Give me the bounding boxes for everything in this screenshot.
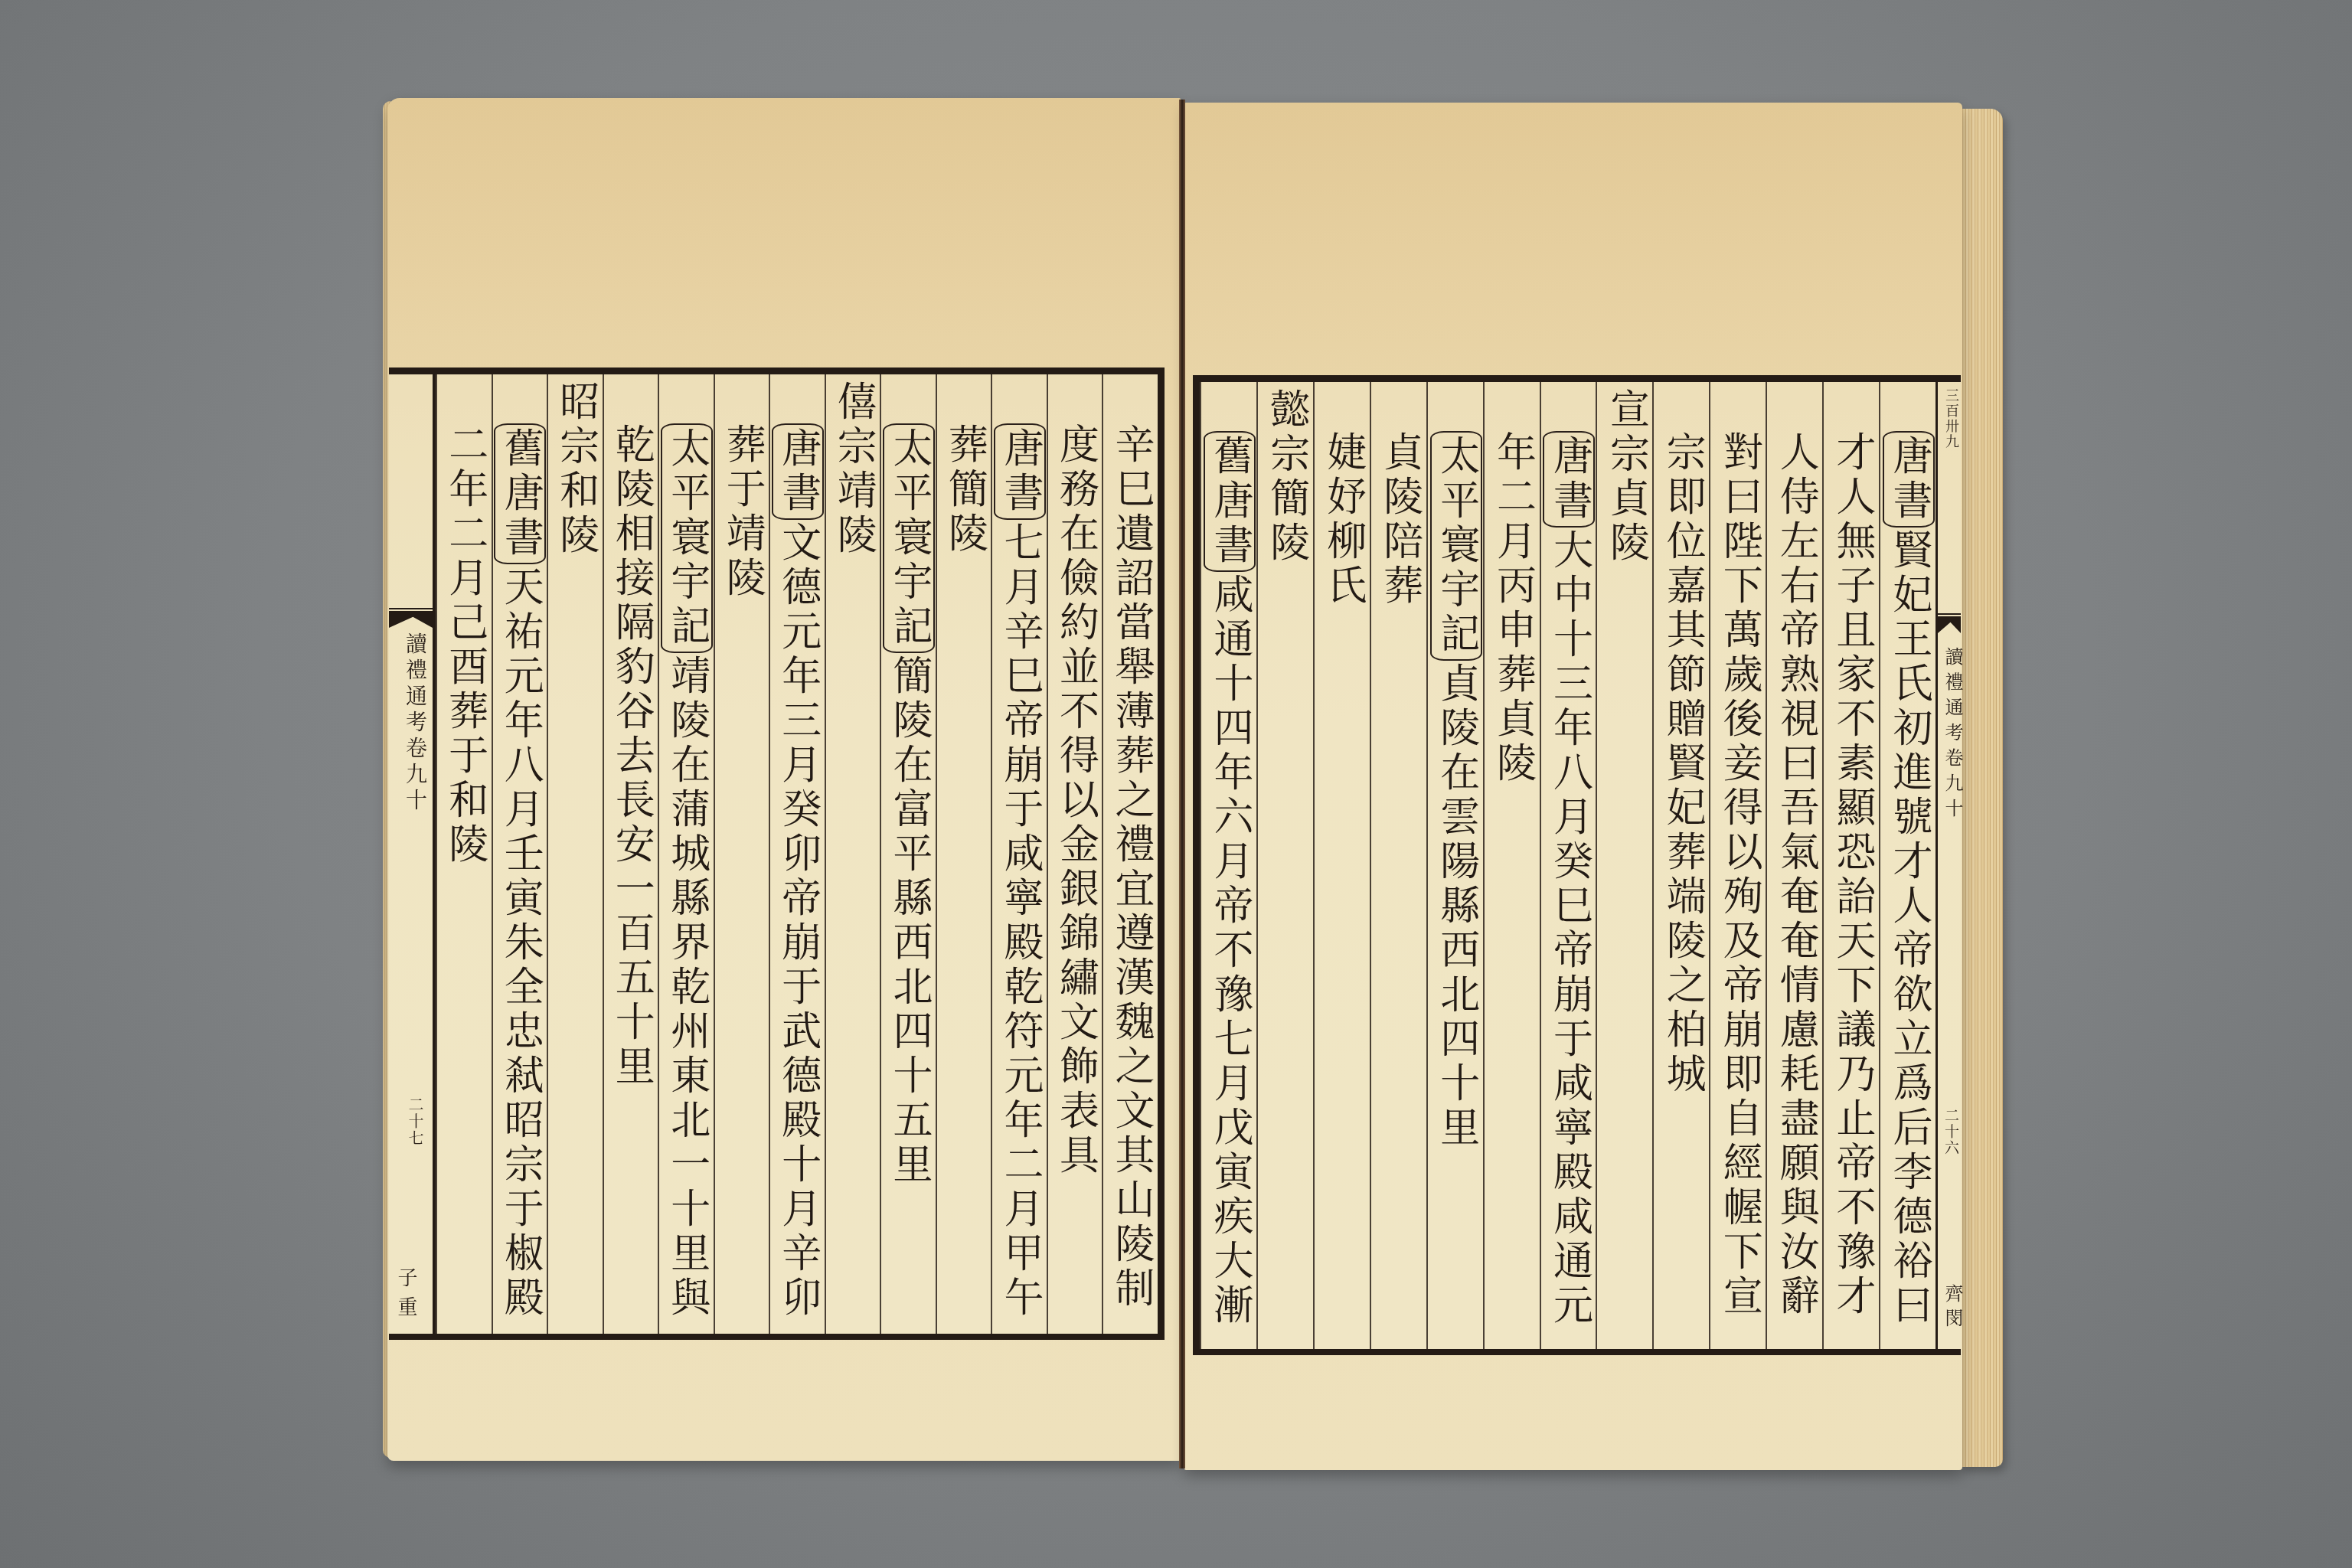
text-column: 度務在儉約並不得以金銀錦繡文飾表具 <box>1047 374 1102 1334</box>
heading-column: 僖宗靖陵 <box>825 374 880 1334</box>
banxin-page-number: 二十六 <box>1941 1108 1962 1156</box>
banxin-top-note: 三百卅九 <box>1941 388 1961 449</box>
column-text: 懿宗簡陵 <box>1263 388 1309 566</box>
text-column: 太平寰宇記簡陵在富平縣西北四十五里 <box>880 374 936 1334</box>
text-column: 才人無子且家不素顯恐詒天下議乃止帝不豫才 <box>1822 382 1879 1349</box>
text-column: 乾陵相接隔豹谷去長安一百五十里 <box>603 374 658 1334</box>
fish-tail-icon <box>389 611 433 628</box>
column-text: 乾陵相接隔豹谷去長安一百五十里 <box>608 423 654 1089</box>
column-text: 僖宗靖陵 <box>830 381 876 558</box>
source-citation: 唐書 <box>772 423 824 520</box>
column-text: 昭宗和陵 <box>553 381 599 558</box>
source-citation: 唐書 <box>1883 431 1935 528</box>
column-text: 靖陵在蒲城縣界乾州東北一十里與 <box>664 655 710 1321</box>
right-text-frame: 唐書賢妃王氏初進號才人帝欲立爲后李德裕曰 才人無子且家不素顯恐詒天下議乃止帝不豫… <box>1193 375 1961 1355</box>
column-text: 天祐元年八月壬寅朱全忠弒昭宗于椒殿 <box>497 566 543 1321</box>
margin-rule <box>389 608 433 609</box>
heading-column: 昭宗和陵 <box>547 374 603 1334</box>
right-page-stack <box>1960 109 2003 1467</box>
column-text: 才人無子且家不素顯恐詒天下議乃止帝不豫才 <box>1829 431 1875 1319</box>
source-citation: 舊唐書 <box>494 423 546 564</box>
text-column: 貞陵陪葬 <box>1370 382 1426 1349</box>
left-text-frame: 讀禮通考卷九十 二十七 子重 辛巳遺詔當舉薄葬之禮宜遵漢魏之文其山陵制 度務在儉… <box>389 367 1165 1340</box>
column-text: 賢妃王氏初進號才人帝欲立爲后李德裕曰 <box>1886 529 1932 1328</box>
text-column: 唐書七月辛巳帝崩于咸寧殿乾符元年二月甲午 <box>991 374 1047 1334</box>
column-text: 宣宗貞陵 <box>1602 388 1648 566</box>
banxin-title: 讀禮通考卷九十 <box>1939 647 1966 824</box>
heading-column: 懿宗簡陵 <box>1256 382 1313 1349</box>
column-text: 年二月丙申葬貞陵 <box>1490 431 1536 786</box>
column-text: 簡陵在富平縣西北四十五里 <box>886 655 932 1187</box>
column-text: 二年二月己酉葬于和陵 <box>442 423 488 867</box>
text-column: 葬簡陵 <box>936 374 991 1334</box>
column-text: 咸通十四年六月帝不豫七月戊寅疾大漸 <box>1207 573 1253 1328</box>
column-text: 文德元年三月癸卯帝崩于武德殿十月辛卯 <box>775 521 821 1321</box>
column-text: 大中十三年八月癸巳帝崩于咸寧殿咸通元 <box>1546 529 1592 1328</box>
column-text: 葬簡陵 <box>941 423 987 557</box>
text-column: 唐書賢妃王氏初進號才人帝欲立爲后李德裕曰 <box>1879 382 1935 1349</box>
text-column: 舊唐書咸通十四年六月帝不豫七月戊寅疾大漸 <box>1200 382 1256 1349</box>
text-column: 人侍左右帝熟視曰吾氣奄奄情慮耗盡願與汝辭 <box>1766 382 1822 1349</box>
text-column: 對曰陛下萬歲後妾得以殉及帝崩即自經幄下宣 <box>1709 382 1766 1349</box>
source-citation: 舊唐書 <box>1204 431 1256 572</box>
banxin-title: 讀禮通考卷九十 <box>400 632 430 815</box>
column-text: 人侍左右帝熟視曰吾氣奄奄情慮耗盡願與汝辭 <box>1772 431 1818 1319</box>
text-column: 舊唐書天祐元年八月壬寅朱全忠弒昭宗于椒殿 <box>492 374 547 1334</box>
page-margin-column: 三百卅九 讀禮通考卷九十 二十六 齊閔 <box>1935 382 1961 1349</box>
banxin-bottom-note: 齊閔 <box>1939 1284 1966 1333</box>
banxin-bottom-note: 子重 <box>392 1267 420 1325</box>
right-text-columns: 唐書賢妃王氏初進號才人帝欲立爲后李德裕曰 才人無子且家不素顯恐詒天下議乃止帝不豫… <box>1200 382 1935 1349</box>
text-column: 太平寰宇記靖陵在蒲城縣界乾州東北一十里與 <box>658 374 714 1334</box>
text-column: 唐書大中十三年八月癸巳帝崩于咸寧殿咸通元 <box>1540 382 1596 1349</box>
text-column: 婕妤柳氏 <box>1313 382 1370 1349</box>
source-citation: 唐書 <box>1543 431 1595 528</box>
text-column: 年二月丙申葬貞陵 <box>1483 382 1540 1349</box>
column-text: 對曰陛下萬歲後妾得以殉及帝崩即自經幄下宣 <box>1716 431 1762 1319</box>
left-text-columns: 辛巳遺詔當舉薄葬之禮宜遵漢魏之文其山陵制 度務在儉約並不得以金銀錦繡文飾表具 唐… <box>436 374 1158 1334</box>
source-citation: 太平寰宇記 <box>1430 431 1482 661</box>
column-text: 貞陵陪葬 <box>1377 431 1423 609</box>
book-spine-gutter <box>1179 100 1185 1468</box>
banxin-page-number: 二十七 <box>404 1096 426 1147</box>
column-text: 度務在儉約並不得以金銀錦繡文飾表具 <box>1052 423 1098 1178</box>
column-text: 七月辛巳帝崩于咸寧殿乾符元年二月甲午 <box>997 521 1043 1321</box>
text-column: 宗即位嘉其節贈賢妃葬端陵之柏城 <box>1652 382 1709 1349</box>
text-column: 太平寰宇記貞陵在雲陽縣西北四十里 <box>1426 382 1483 1349</box>
heading-column: 宣宗貞陵 <box>1596 382 1652 1349</box>
text-column: 葬于靖陵 <box>714 374 769 1334</box>
column-text: 婕妤柳氏 <box>1320 431 1366 609</box>
text-column: 辛巳遺詔當舉薄葬之禮宜遵漢魏之文其山陵制 <box>1102 374 1158 1334</box>
source-citation: 太平寰宇記 <box>883 423 935 653</box>
column-text: 貞陵在雲陽縣西北四十里 <box>1433 662 1479 1151</box>
source-citation: 唐書 <box>994 423 1046 520</box>
page-margin-column: 讀禮通考卷九十 二十七 子重 <box>389 374 436 1334</box>
book-photo: 讀禮通考卷九十 二十七 子重 辛巳遺詔當舉薄葬之禮宜遵漢魏之文其山陵制 度務在儉… <box>0 0 2352 1568</box>
source-citation: 太平寰宇記 <box>661 423 713 653</box>
column-text: 宗即位嘉其節贈賢妃葬端陵之柏城 <box>1659 431 1705 1097</box>
text-column: 二年二月己酉葬于和陵 <box>436 374 492 1334</box>
fish-tail-icon <box>1938 616 1961 633</box>
column-text: 葬于靖陵 <box>719 423 765 601</box>
margin-rule <box>1938 613 1961 615</box>
text-column: 唐書文德元年三月癸卯帝崩于武德殿十月辛卯 <box>769 374 825 1334</box>
column-text: 辛巳遺詔當舉薄葬之禮宜遵漢魏之文其山陵制 <box>1108 423 1154 1312</box>
